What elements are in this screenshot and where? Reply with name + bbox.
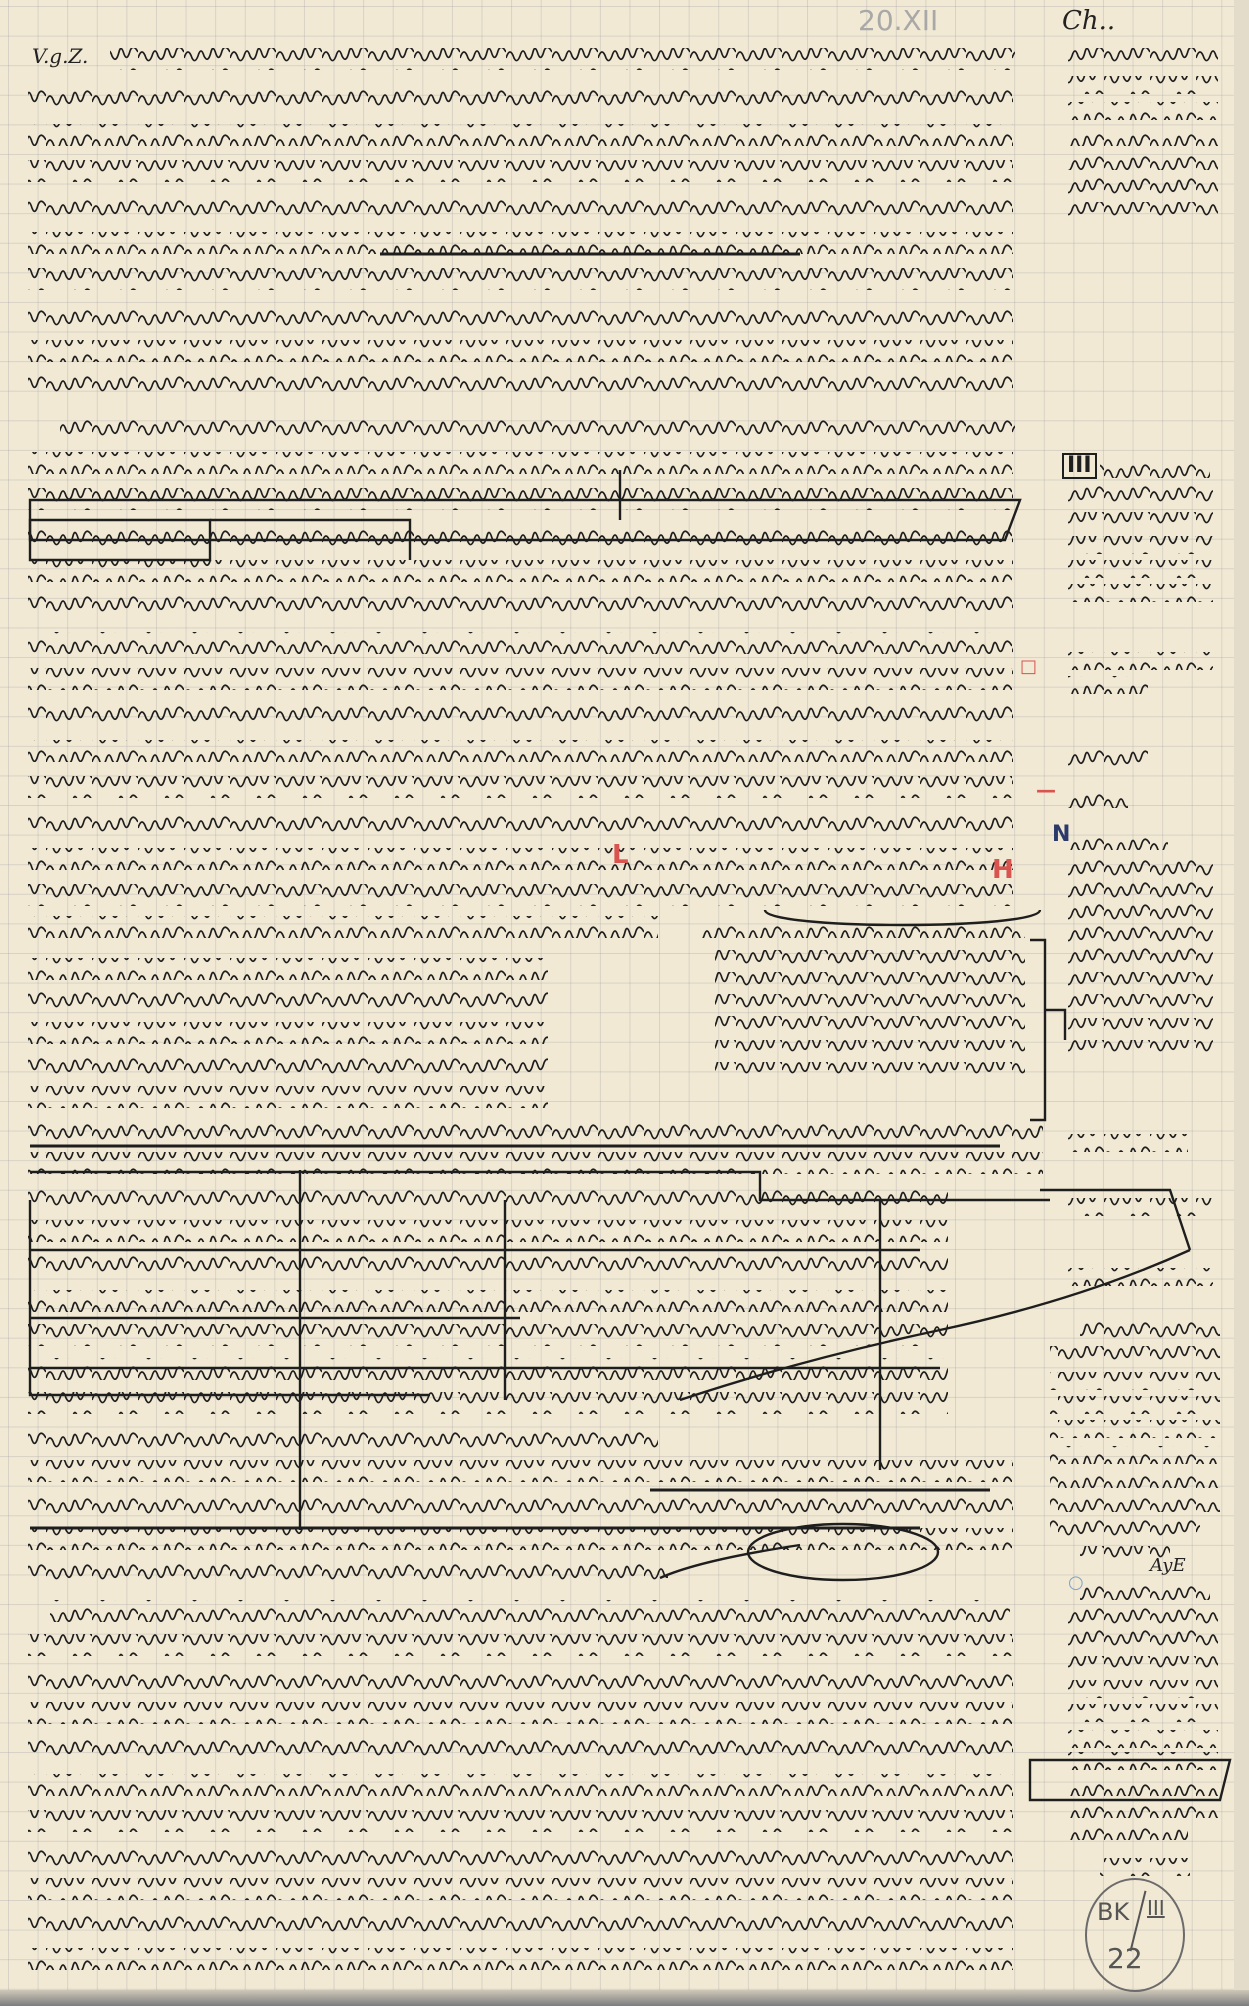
stamp-roman: III [1147, 1896, 1165, 1920]
stamp-number: 22 [1107, 1942, 1143, 1975]
archive-stamp: BK III 22 [1085, 1878, 1185, 1992]
page-edge [1234, 0, 1249, 2006]
red-dash-mark: — [1036, 778, 1056, 802]
blue-n-mark: N [1052, 822, 1070, 847]
manuscript-page [0, 0, 1234, 1990]
date-pencil: 20.XII [858, 4, 938, 37]
chapter-mark: Ch.. [1062, 6, 1115, 36]
margin-note-aye: AyE [1150, 1555, 1186, 1576]
page-bottom-edge [0, 1990, 1249, 2006]
red-h-mark: H [992, 855, 1014, 885]
blue-circle-mark: ○ [1068, 1572, 1084, 1593]
red-l-mark: L [612, 840, 629, 870]
red-square-mark: □ [1020, 656, 1037, 677]
stamp-top: BK [1097, 1898, 1129, 1926]
bracket-mark-III: III [1062, 453, 1097, 479]
opening-abbrev: V.g.Z. [32, 44, 88, 68]
